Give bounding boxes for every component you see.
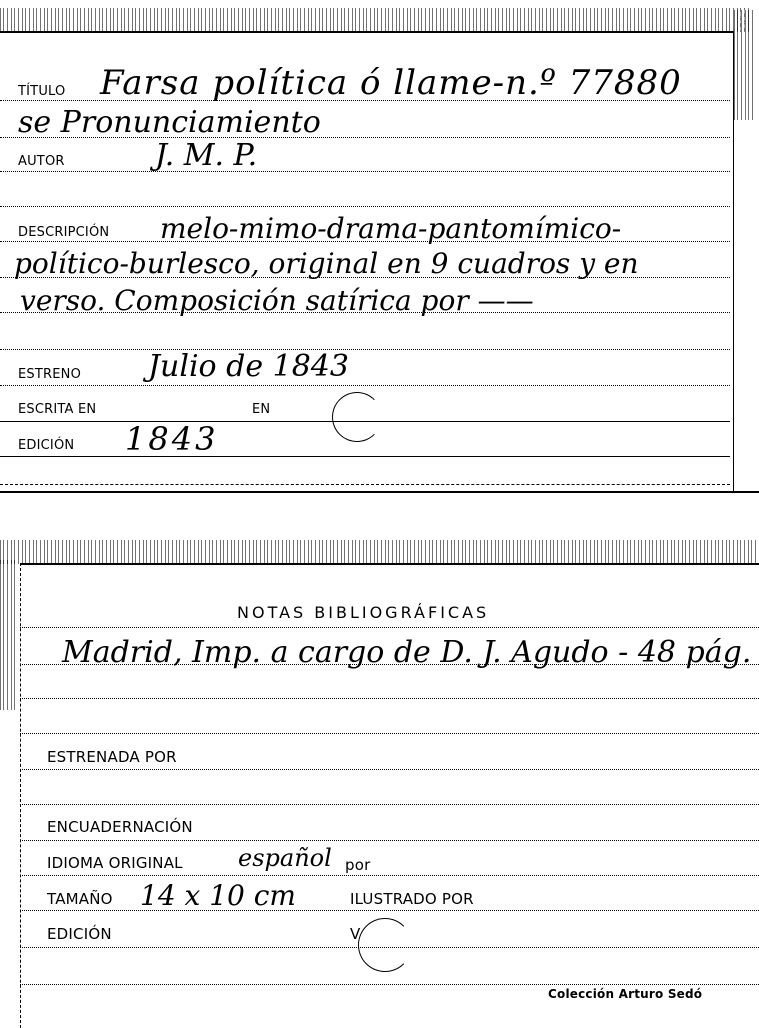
value-descripcion-line3: verso. Composición satírica por —— <box>20 287 534 315</box>
scan-border-top <box>0 8 750 32</box>
value-tamano: 14 x 10 cm <box>140 882 296 910</box>
rule-bottom-faint <box>0 484 730 485</box>
label-escrita-en-b: EN <box>252 403 270 416</box>
scan-border-top-2 <box>0 540 759 564</box>
card-top-bottom-edge <box>0 491 759 493</box>
rule-notas-3 <box>20 733 759 734</box>
notas-heading: NOTAS BIBLIOGRÁFICAS <box>237 605 489 621</box>
rule-blank-4 <box>20 984 759 985</box>
hole-punch-mark <box>332 392 382 442</box>
card-top-right-edge <box>733 31 734 491</box>
label-encuadernacion: ENCUADERNACIÓN <box>47 820 193 835</box>
value-titulo-line2: se Pronunciamiento <box>18 108 321 138</box>
label-escrita-en: ESCRITA EN <box>18 403 96 416</box>
label-tamano: TAMAÑO <box>47 892 113 907</box>
label-edicion-bottom: EDICIÓN <box>47 927 112 942</box>
rule-encuadernacion <box>20 840 759 841</box>
rule-estrenada-por <box>20 769 759 770</box>
rule-blank-1 <box>0 206 730 207</box>
rule-notas-top <box>20 627 759 628</box>
scan-border-left <box>0 560 18 710</box>
rule-idioma <box>20 875 759 876</box>
rule-notas-2 <box>20 698 759 699</box>
rule-blank-3 <box>20 804 759 805</box>
value-titulo: Farsa política ó llame-n.º 77880 <box>100 66 682 100</box>
rule-blank-2 <box>0 349 730 350</box>
label-edicion: EDICIÓN <box>18 439 74 452</box>
rule-descripcion <box>0 241 730 242</box>
value-idioma-original: español <box>238 846 332 870</box>
label-ilustrado-por: ILUSTRADO POR <box>350 892 474 907</box>
label-estrenada-por: ESTRENADA POR <box>47 750 177 765</box>
value-edicion: 1843 <box>125 423 218 455</box>
collection-footer: Colección Arturo Sedó <box>548 988 702 1000</box>
label-estreno: ESTRENO <box>18 368 81 381</box>
rule-titulo <box>0 100 730 101</box>
value-autor: J. M. P. <box>155 141 257 171</box>
rule-descripcion-2 <box>0 277 730 278</box>
rule-descripcion-3 <box>0 312 730 313</box>
rule-autor <box>0 171 730 172</box>
value-descripcion-line2: político-burlesco, original en 9 cuadros… <box>14 250 639 278</box>
hole-punch-mark-2 <box>358 918 412 972</box>
rule-tamano <box>20 910 759 911</box>
card-bottom-left-edge <box>20 563 21 1028</box>
label-autor: AUTOR <box>18 155 65 168</box>
label-por: por <box>345 858 370 873</box>
rule-edicion <box>0 456 730 457</box>
label-idioma-original: IDIOMA ORIGINAL <box>47 856 183 871</box>
card-top-edge <box>0 31 734 33</box>
label-descripcion: DESCRIPCIÓN <box>18 226 109 239</box>
label-titulo: TÍTULO <box>18 85 65 98</box>
scan-border-right <box>734 10 756 120</box>
rule-estreno <box>0 385 730 386</box>
value-estreno: Julio de 1843 <box>148 352 349 382</box>
rule-notas-1 <box>20 664 759 665</box>
rule-titulo-2 <box>0 137 730 138</box>
value-descripcion: melo-mimo-drama-pantomímico- <box>160 215 621 243</box>
card-bottom-edge <box>20 563 759 565</box>
